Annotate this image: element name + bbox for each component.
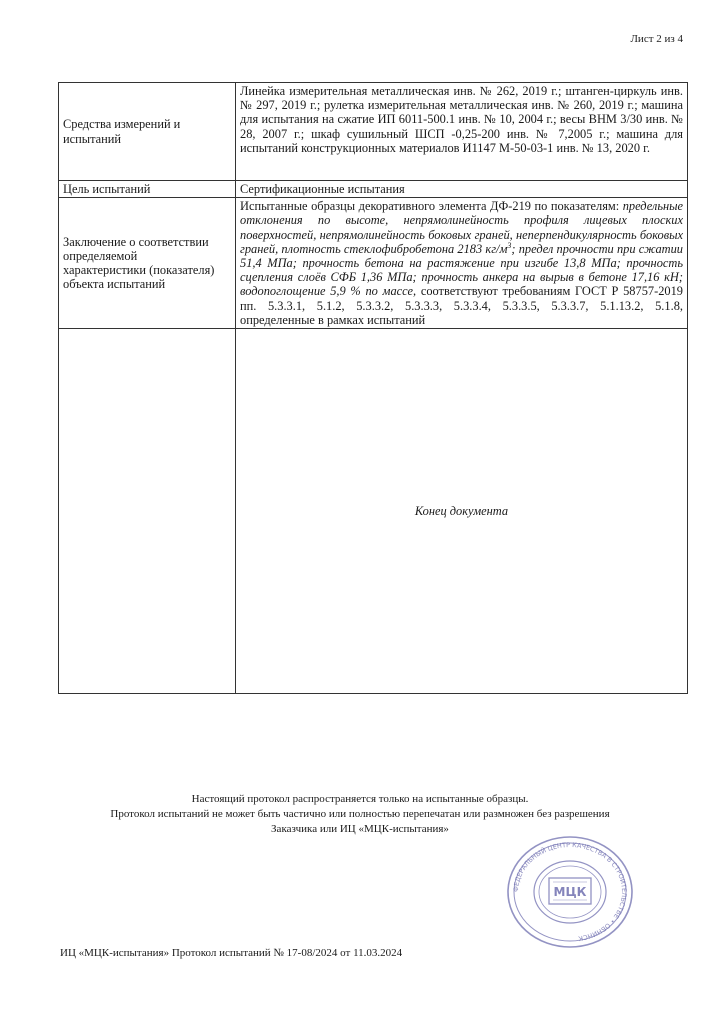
table-row: Средства измерений и испытаний Линейка и… [59,83,688,181]
footer-note-line2: Протокол испытаний не может быть частичн… [60,807,660,822]
table-row: Цель испытаний Сертификационные испытани… [59,181,688,198]
row-label-conclusion: Заключение о соответствии определяемой х… [59,198,236,329]
stamp-center-text: МЦК [554,885,587,899]
footer-note-line1: Настоящий протокол распространяется толь… [60,792,660,807]
row-label-purpose: Цель испытаний [59,181,236,198]
conclusion-intro: Испытанные образцы декоративного элемент… [240,199,619,213]
protocol-table: Средства измерений и испытаний Линейка и… [58,82,688,694]
table-row: Заключение о соответствии определяемой х… [59,198,688,329]
document-page: Лист 2 из 4 Средства измерений и испытан… [0,0,721,1024]
empty-cell [59,329,236,694]
end-of-document: Конец документа [236,329,688,694]
table-row: Конец документа [59,329,688,694]
row-value-conclusion: Испытанные образцы декоративного элемент… [236,198,688,329]
row-label-instruments: Средства измерений и испытаний [59,83,236,181]
page-number: Лист 2 из 4 [630,33,683,45]
protocol-reference: ИЦ «МЦК-испытания» Протокол испытаний № … [60,947,402,959]
row-value-purpose: Сертификационные испытания [236,181,688,198]
row-value-instruments: Линейка измерительная металлическая инв.… [236,83,688,181]
seal-stamp-icon: ФЕДЕРАЛЬНЫЙ ЦЕНТР КАЧЕСТВА В СТРОИТЕЛЬСТ… [500,832,640,952]
